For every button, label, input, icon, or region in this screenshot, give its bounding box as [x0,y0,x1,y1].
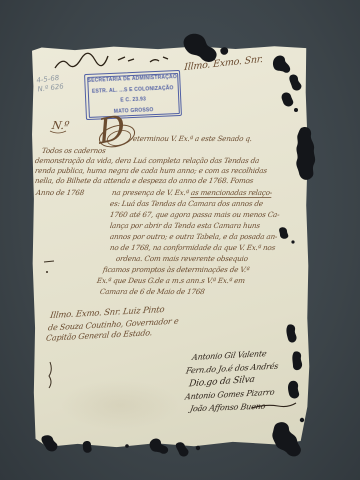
photograph-of-manuscript: 4-5-68 N.º 626 SECRETARIA DE ADMINISTRAÇ… [0,0,360,480]
manuscript-line: demonstração da vida, dera Luá completa … [34,156,259,165]
manuscript-line: no de 1768, na conformidade da que V. Ex… [109,243,275,252]
manuscript-line: annos por outro; e outra Tabela, e da po… [109,232,278,241]
underlined-phrase: as mencionadas relaço- [190,188,272,198]
margin-year-note: Anno de 1768 [35,188,84,197]
manuscript-line: es: Luá das Tendas da Camara dos annos d… [109,199,263,208]
manuscript-line: ordena. Com mais reverente obsequio [115,254,248,263]
manuscript-line: na presença de V. Ex.ª as mencionadas re… [111,188,272,197]
manuscript-line: Todos os cadernos [41,146,106,155]
stamp-line: E C. 23.93 [87,95,179,105]
manuscript-line: Camara de 6 de Maio de 1768 [99,287,205,296]
manuscript-line: eterminou V. Ex.ª a este Senado q. [132,134,252,143]
manuscript-line: lança por abrir da Tenda esta Camara hun… [109,221,260,230]
manuscript-line: Ex.ª que Deus G.de a m.s ann.s V.ª Ex.ª … [96,276,245,285]
margin-number: N.º [51,119,70,132]
stamp-line: ESTR. AL. ...S E COLONIZAÇÃO [87,85,179,95]
manuscript-line: 1760 até 67, que agora passa mais ou men… [109,210,280,219]
manuscript-line: renda publica, huma negra de cada hum an… [34,166,267,175]
manuscript-line-part: na presença de V. Ex.ª [111,188,191,197]
manuscript-line: nella, do Bilhete da attenda e despeza d… [34,176,254,185]
ornate-initial: D [97,110,127,150]
pencil-annotation: 4-5-68 N.º 626 [36,73,64,94]
manuscript-line: ficamos promptos às determinações de V.ª [102,265,250,274]
